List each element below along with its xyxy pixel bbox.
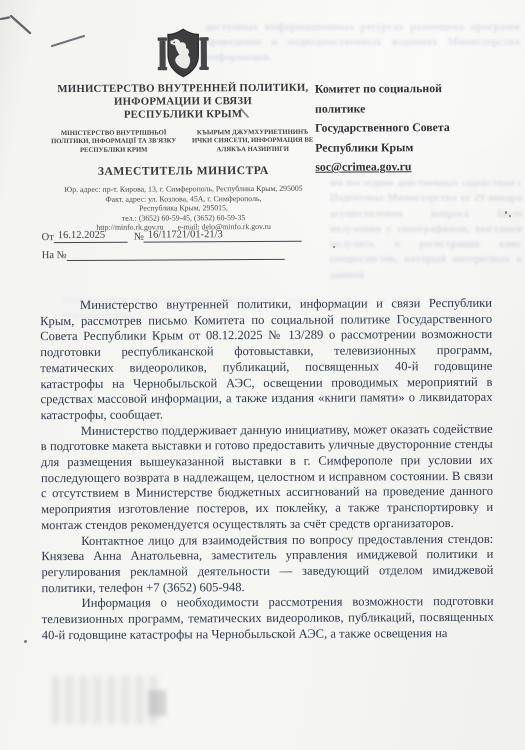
body-paragraph-1: Министерство внутренней политики, информ… [40,296,493,424]
outgoing-number: 16/11721/01-21/3 [144,229,302,243]
ministry-name-line1: МИНИСТЕРСТВО ВНУТРЕННЕЙ ПОЛИТИКИ, [49,82,317,97]
letterhead: МИНИСТЕРСТВО ВНУТРЕННЕЙ ПОЛИТИКИ, ИНФОРМ… [49,26,318,233]
reply-label: На № [42,250,67,261]
outgoing-date: 16.12.2025 [54,230,128,243]
ministry-name-translations: МІНІСТЕРСТВО ВНУТРІШНЬОЇ ПОЛІТИКИ, ІНФОР… [49,128,317,155]
body-paragraph-2: Министерство поддерживает данную инициат… [41,421,494,533]
crimea-coat-of-arms-icon [154,26,211,79]
deputy-minister-title: ЗАМЕСТИТЕЛЬ МИНИСТРА [49,164,317,178]
letter-content: МИНИСТЕРСТВО ВНУТРЕННЕЙ ПОЛИТИКИ, ИНФОРМ… [0,0,525,750]
ministry-name-line3: РЕСПУБЛИКИ КРЫМ [49,108,317,123]
scan-speck-4 [333,246,335,248]
letter-body: Министерство внутренней политики, информ… [40,296,494,644]
ministry-name-ukrainian: МІНІСТЕРСТВО ВНУТРІШНЬОЇ ПОЛІТИКИ, ІНФОР… [49,129,178,155]
scan-speck-3 [509,215,511,217]
body-paragraph-4: Информация о необходимости рассмотрения … [42,594,494,643]
legal-address: Юр. адрес: пр-т. Кирова, 13, г. Симфероп… [49,184,317,195]
from-label: От [42,232,54,243]
addressee-email: soc@crimea.gov.ru [315,157,480,177]
contact-address-block: Юр. адрес: пр-т. Кирова, 13, г. Симфероп… [49,184,317,232]
ministry-name-crimean-tatar: КЪЫРЫМ ДЖУМХУРИЕТИНИНЪ ИЧКИ СИЯСЕТИ, ИНФ… [188,128,317,154]
reply-reference: На № [42,247,317,261]
addressee-line2: политике [315,98,480,118]
scanned-letter-page: доступных информационных ресурсах размещ… [0,0,525,750]
addressee-line1: Комитет по социальной [315,79,480,99]
scan-speck-1 [24,640,27,643]
ministry-name: МИНИСТЕРСТВО ВНУТРЕННЕЙ ПОЛИТИКИ, ИНФОРМ… [49,82,317,123]
addressee-line3: Государственного Совета [315,118,480,138]
reply-number-blank [67,247,285,261]
scan-speck-2 [505,211,507,214]
addressee-block: Комитет по социальной политике Государст… [315,79,481,178]
reference-block: От 16.12.2025 № 16/11721/01-21/3 На № [42,229,317,266]
outgoing-reference: От 16.12.2025 № 16/11721/01-21/3 [42,229,317,243]
body-paragraph-3: Контактное лицо для взаимодействия по во… [41,531,493,596]
addressee-line4: Республики Крым [315,138,480,158]
number-label: № [134,232,144,243]
